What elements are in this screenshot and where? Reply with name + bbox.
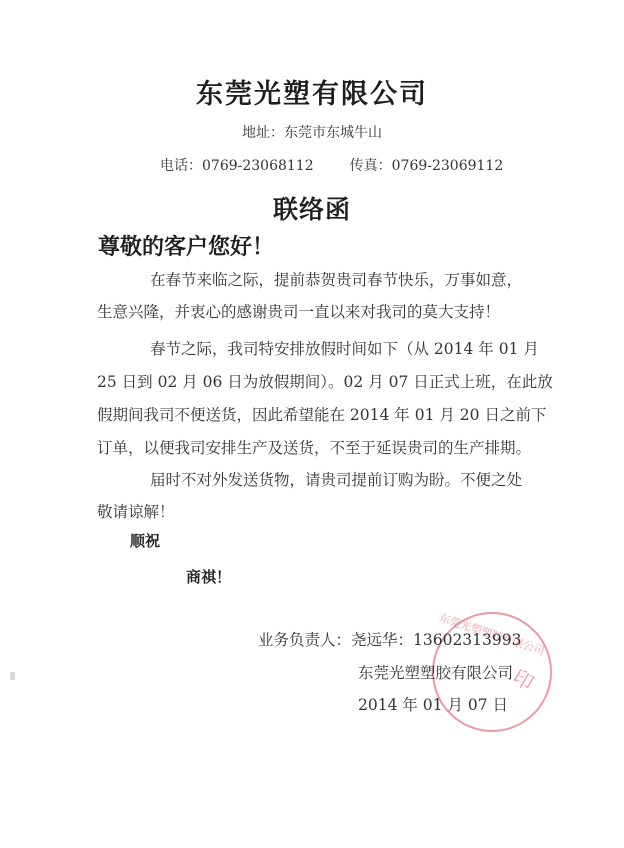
closing-wish: 商祺！	[186, 566, 231, 587]
closing-salutation: 顺祝	[130, 530, 160, 551]
body-line: 敬请谅解！	[97, 500, 175, 522]
fax-number: 传真：0769-23069112	[350, 158, 504, 174]
body-line: 假期间我司不便送货，因此希望能在 2014 年 01 月 20 日之前下	[97, 403, 546, 425]
contact-info: 电话：0769-23068112传真：0769-23069112	[160, 155, 503, 175]
signing-date: 2014 年 01 月 07 日	[358, 693, 508, 715]
body-line: 生意兴隆，并衷心的感谢贵司一直以来对我司的莫大支持！	[97, 300, 500, 322]
body-line: 春节之际，我司特安排放假时间如下（从 2014 年 01 月	[150, 337, 539, 359]
body-line: 届时不对外发送货物，请贵司提前订购为盼。不便之处	[150, 468, 522, 490]
phone-number: 电话：0769-23068112	[160, 158, 314, 174]
company-address: 地址：东莞市东城牛山	[0, 122, 624, 142]
signing-company: 东莞光塑塑胶有限公司	[358, 661, 513, 683]
scan-artifact	[10, 672, 15, 680]
greeting: 尊敬的客户您好！	[98, 230, 274, 261]
body-line: 订单，以便我司安排生产及送货，不至于延误贵司的生产排期。	[97, 436, 531, 458]
company-name: 东莞光塑有限公司	[0, 72, 624, 111]
body-line: 在春节来临之际，提前恭贺贵司春节快乐，万事如意，	[150, 268, 522, 290]
letter-title: 联络函	[0, 190, 624, 226]
contact-person: 业务负责人：尧远华：13602313993	[258, 628, 521, 650]
body-line: 25 日到 02 月 06 日为放假期间）。02 月 07 日正式上班，在此放	[97, 370, 553, 392]
